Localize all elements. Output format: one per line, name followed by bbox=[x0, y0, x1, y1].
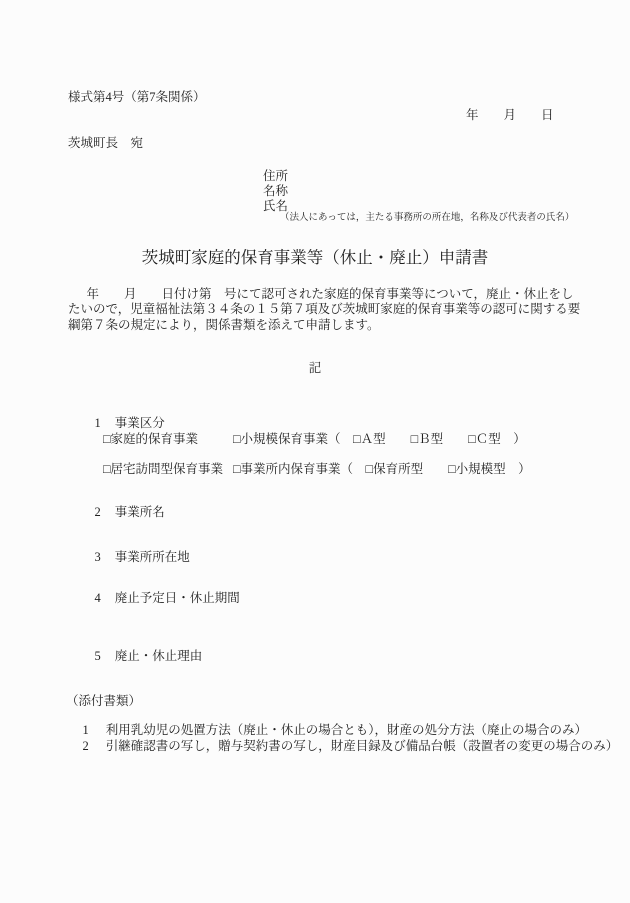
section-abolition-date-suspension-period: 4廃止予定日・休止期間 bbox=[82, 577, 240, 620]
section-label: 事業所名 bbox=[115, 505, 165, 519]
section-number: 1 bbox=[95, 416, 101, 430]
body-paragraph-line-1: 年 月 日付け第 号にて認可された家庭的保育事業等について，廃止・休止をし bbox=[68, 287, 574, 301]
body-paragraph-line-2: たいので，児童福祉法第３４条の１５第７項及び茨城町家庭的保育事業等の認可に関する… bbox=[68, 302, 580, 316]
section-number: 3 bbox=[95, 550, 101, 564]
applicant-address-label: 住所 bbox=[263, 169, 288, 183]
corporate-note: （法人にあっては，主たる事務所の所在地，名称及び代表者の氏名） bbox=[280, 213, 574, 224]
date-blank-line: 年 月 日 bbox=[466, 108, 554, 122]
attachment-item-2: 2引継確認書の写し，贈与契約書の写し，財産目録及び備品台帳（設置者の変更の場合の… bbox=[70, 725, 618, 768]
section-label: 事業区分 bbox=[115, 416, 165, 430]
checkbox-workplace-daycare-group: □事業所内保育事業（ □保育所型 □小規模型 ） bbox=[233, 462, 531, 476]
checkbox-home-visit-daycare: □居宅訪問型保育事業 bbox=[103, 462, 223, 476]
document-title: 茨城町家庭的保育事業等（休止・廃止）申請書 bbox=[0, 249, 630, 268]
section-number: 5 bbox=[95, 649, 101, 663]
section-number: 4 bbox=[95, 591, 101, 605]
section-label: 廃止予定日・休止期間 bbox=[115, 591, 240, 605]
applicant-person-label: 氏名 bbox=[263, 199, 288, 213]
checkbox-family-daycare: □家庭的保育事業 bbox=[103, 432, 198, 446]
section-number: 2 bbox=[95, 505, 101, 519]
section-label: 事業所所在地 bbox=[115, 550, 190, 564]
section-abolition-suspension-reason: 5廃止・休止理由 bbox=[82, 635, 202, 678]
ki-marker: 記 bbox=[0, 361, 630, 375]
addressee-line: 茨城町長 宛 bbox=[68, 136, 143, 150]
section-label: 廃止・休止理由 bbox=[115, 649, 203, 663]
applicant-name-label: 名称 bbox=[263, 184, 288, 198]
checkbox-small-scale-daycare-group: □小規模保育事業（ □Ａ型 □Ｂ型 □Ｃ型 ） bbox=[233, 432, 526, 446]
body-paragraph-line-3: 綱第７条の規定により，関係書類を添えて申請します。 bbox=[68, 318, 380, 332]
form-page: 様式第4号（第7条関係） 年 月 日 茨城町長 宛 住所 名称 氏名 （法人にあ… bbox=[0, 0, 630, 903]
form-number: 様式第4号（第7条関係） bbox=[68, 90, 206, 104]
attachment-text: 引継確認書の写し，贈与契約書の写し，財産目録及び備品台帳（設置者の変更の場合のみ… bbox=[106, 739, 619, 753]
section-office-location: 3事業所所在地 bbox=[82, 536, 190, 579]
section-office-name: 2事業所名 bbox=[82, 491, 165, 534]
attachment-number: 2 bbox=[83, 739, 89, 753]
attachments-heading: （添付書類） bbox=[66, 694, 141, 708]
